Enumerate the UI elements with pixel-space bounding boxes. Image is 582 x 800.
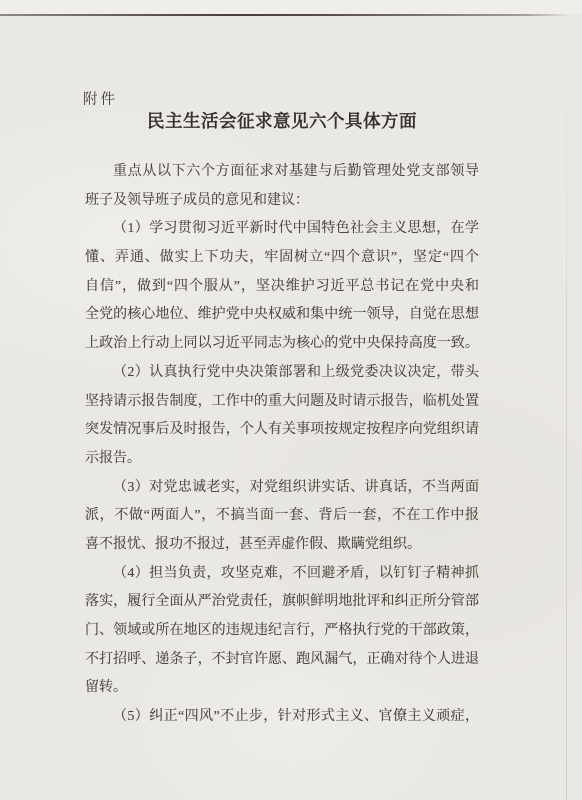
scan-top-strip	[0, 0, 582, 14]
document-line: 全党的核心地位、维护党中央权威和集中统一领导，自觉在思想	[85, 301, 479, 330]
paper-edge-crease	[566, 30, 567, 800]
document-line: （2）认真执行党中央决策部署和上级党委决议决定，带头	[85, 359, 479, 388]
scanner-artifact-line	[0, 14, 570, 16]
document-line: 上政治上行动上同以习近平同志为核心的党中央保持高度一致。	[85, 330, 479, 359]
document-line: 喜不报忧、报功不报过，甚至弄虚作假、欺瞒党组织。	[85, 531, 479, 560]
document-body: 重点从以下六个方面征求对基建与后勤管理处党支部领导 班子及领导班子成员的意见和建…	[85, 158, 479, 732]
document-line: 派，不做“两面人”，不搞当面一套、背后一套，不在工作中报	[85, 502, 479, 531]
document-line: 落实，履行全面从严治党责任，旗帜鲜明地批评和纠正所分管部	[85, 588, 479, 617]
document-line: 重点从以下六个方面征求对基建与后勤管理处党支部领导	[85, 158, 479, 187]
document-line: （1）学习贯彻习近平新时代中国特色社会主义思想，在学	[85, 215, 479, 244]
document-line: （5）纠正“四风”不止步，针对形式主义、官僚主义顽症，	[85, 703, 479, 732]
document-line: （3）对党忠诚老实，对党组织讲实话、讲真话，不当两面	[85, 474, 479, 503]
document-line: 自信”，做到“四个服从”，坚决维护习近平总书记在党中央和	[85, 273, 479, 302]
document-line: 留转。	[85, 674, 479, 703]
document-line: 突发情况事后及时报告，个人有关事项按规定按程序向党组织请	[85, 416, 479, 445]
document-line: 示报告。	[85, 445, 479, 474]
document-title: 民主生活会征求意见六个具体方面	[85, 108, 479, 133]
document-line: 坚持请示报告制度，工作中的重大问题及时请示报告，临机处置	[85, 388, 479, 417]
document-line: 不打招呼、递条子，不封官许愿、跑风漏气，正确对待个人进退	[85, 646, 479, 675]
document-line: 门、领域或所在地区的违规违纪言行，严格执行党的干部政策，	[85, 617, 479, 646]
document-line: （4）担当负责，攻坚克难，不回避矛盾，以钉钉子精神抓	[85, 560, 479, 589]
document-line: 懂、弄通、做实上下功夫，牢固树立“四个意识”，坚定“四个	[85, 244, 479, 273]
document-line: 班子及领导班子成员的意见和建议：	[85, 187, 479, 216]
scanned-document-page: 附件 民主生活会征求意见六个具体方面 重点从以下六个方面征求对基建与后勤管理处党…	[0, 0, 582, 800]
attachment-label: 附件	[83, 88, 118, 109]
